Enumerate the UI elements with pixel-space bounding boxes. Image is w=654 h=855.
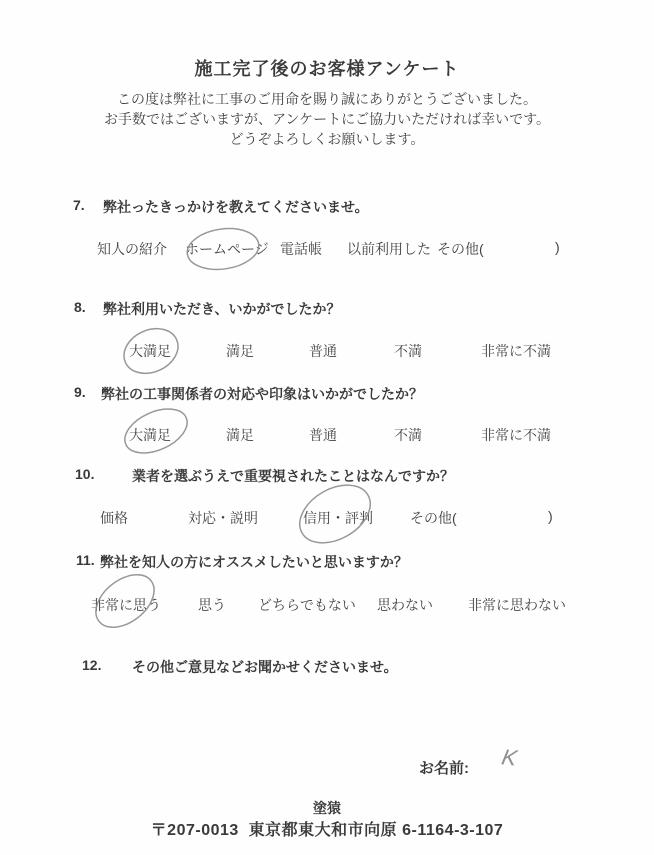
- intro-text: この度は弊社に工事のご用命を賜り誠にありがとうございました。 お手数ではございま…: [0, 89, 654, 149]
- q8-option-neutral: 普通: [309, 341, 337, 361]
- intro-line-2: お手数ではございますが、アンケートにご協力いただければ幸いです。: [0, 109, 654, 129]
- q9-option-neutral: 普通: [309, 425, 337, 445]
- scanned-survey-page: 施工完了後のお客様アンケート この度は弊社に工事のご用命を賜り誠にありがとうござ…: [0, 0, 654, 855]
- q10-option-service-explanation: 対応・説明: [188, 508, 258, 528]
- question-8-text: 弊社利用いただき、いかがでしたか？: [103, 299, 340, 319]
- q8-option-dissatisfied: 不満: [394, 341, 422, 361]
- question-11-number: 11.: [76, 552, 95, 568]
- q7-paren-close: ): [555, 239, 560, 255]
- q9-option-very-satisfied: 大満足: [129, 425, 171, 445]
- q8-option-very-dissatisfied: 非常に不満: [481, 341, 551, 361]
- question-12-text: その他ご意見などお聞かせくださいませ。: [132, 657, 398, 677]
- q10-option-trust-reputation: 信用・評判: [303, 508, 373, 528]
- question-10-number: 10.: [75, 466, 94, 482]
- page-title: 施工完了後のお客様アンケート: [0, 55, 654, 81]
- q8-option-very-satisfied: 大満足: [129, 341, 171, 361]
- name-field-label: お名前:: [419, 757, 469, 778]
- company-address: 〒207-0013 東京都東大和市向原 6-1164-3-107: [0, 817, 654, 840]
- handwritten-signature: K: [500, 745, 520, 772]
- q7-option-phonebook: 電話帳: [280, 239, 322, 259]
- q7-option-friend-referral: 知人の紹介: [97, 239, 167, 259]
- q11-option-neither: どちらでもない: [258, 595, 356, 615]
- q8-option-satisfied: 満足: [226, 341, 254, 361]
- q11-option-strongly-think-so: 非常に思う: [91, 595, 161, 615]
- question-9-number: 9.: [74, 384, 86, 400]
- question-7-text: 弊社ったきっかけを教えてくださいませ。: [103, 197, 369, 217]
- question-12-number: 12.: [82, 657, 101, 673]
- question-11-text: 弊社を知人の方にオススメしたいと思いますか？: [100, 552, 408, 572]
- q9-option-dissatisfied: 不満: [394, 425, 422, 445]
- question-10-text: 業者を選ぶうえで重要視されたことはなんですか？: [132, 466, 454, 486]
- question-9-text: 弊社の工事関係者の対応や印象はいかがでしたか？: [101, 384, 423, 404]
- q11-option-strongly-dont-think-so: 非常に思わない: [468, 595, 566, 615]
- q9-option-very-dissatisfied: 非常に不満: [481, 425, 551, 445]
- question-8-number: 8.: [74, 299, 86, 315]
- q10-option-price: 価格: [100, 508, 128, 528]
- q7-option-used-before: 以前利用した: [347, 239, 431, 259]
- question-7-number: 7.: [73, 197, 85, 213]
- intro-line-3: どうぞよろしくお願いします。: [0, 129, 654, 149]
- q7-option-homepage: ホームページ: [185, 239, 269, 259]
- q10-option-other: その他(: [410, 508, 457, 528]
- q11-option-dont-think-so: 思わない: [377, 595, 433, 615]
- q10-paren-close: ): [548, 508, 553, 524]
- intro-line-1: この度は弊社に工事のご用命を賜り誠にありがとうございました。: [0, 89, 654, 109]
- q7-option-other: その他(: [437, 239, 484, 259]
- company-name: 塗猿: [0, 798, 654, 818]
- q9-option-satisfied: 満足: [226, 425, 254, 445]
- q11-option-think-so: 思う: [198, 595, 226, 615]
